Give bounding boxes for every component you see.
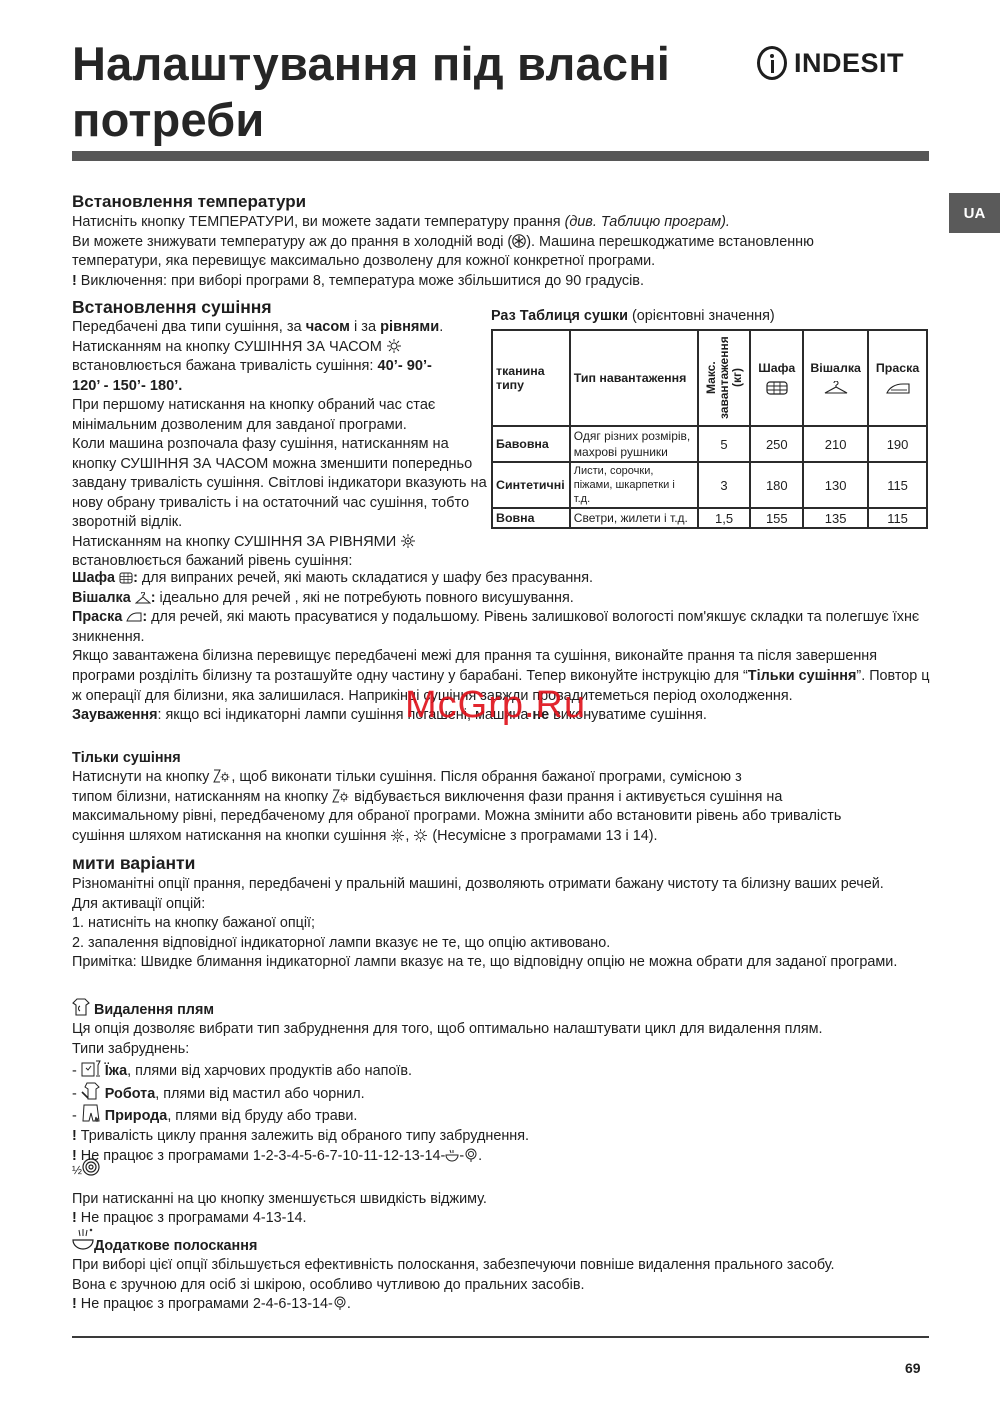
cupboard-icon bbox=[119, 572, 133, 584]
page-number: 69 bbox=[905, 1360, 921, 1376]
header-load-type: Тип навантаження bbox=[570, 330, 698, 426]
wash-options-note: Примітка: Швидке блимання індикаторної л… bbox=[72, 953, 942, 973]
temperature-p2: Ви можете знижувати температуру аж до пр… bbox=[72, 233, 942, 253]
extra-rinse-icon bbox=[72, 1228, 94, 1252]
watermark: McGrp.Ru bbox=[405, 684, 586, 727]
brand-name: INDESIT bbox=[794, 48, 904, 79]
stain-removal-heading: Видалення плям bbox=[72, 998, 942, 1020]
dry-only-icon bbox=[332, 789, 350, 803]
spin-reduction-heading: ½ bbox=[72, 1158, 942, 1181]
food-stain-icon bbox=[81, 1059, 101, 1077]
level-shafa: Шафа : для випраних речей, які мають скл… bbox=[72, 569, 942, 589]
stain-work: - Робота, плями від мастил або чорнил. bbox=[72, 1082, 942, 1105]
dry-only-p4: сушіння шляхом натискання на кнопки суші… bbox=[72, 827, 942, 847]
indesit-logo-icon bbox=[757, 46, 787, 80]
hanger-icon bbox=[135, 592, 151, 604]
iron-icon bbox=[126, 611, 142, 623]
drying-time-icon bbox=[413, 829, 428, 842]
title-line-1: Налаштування під власні bbox=[72, 37, 670, 90]
extra-rinse-heading: Додаткове полоскання bbox=[72, 1228, 942, 1256]
snowflake-icon bbox=[512, 234, 526, 248]
level-praska: Праска : для речей, які мають прасуватис… bbox=[72, 608, 942, 647]
stain-nature: - Природа, плями від бруду або трави. bbox=[72, 1104, 942, 1127]
drying-types: Передбачені два типи сушіння, за часом і… bbox=[72, 318, 492, 338]
wash-options-activation: Для активації опцій: bbox=[72, 895, 942, 915]
drying-heading: Встановлення сушіння bbox=[72, 296, 492, 318]
dry-only-p2: типом білизни, натисканням на кнопку від… bbox=[72, 788, 942, 808]
drying-table: тканина типу Тип навантаження Макс. зава… bbox=[491, 329, 928, 529]
wash-options-section: мити варіанти Різноманітні опції прання,… bbox=[72, 851, 942, 973]
header-shafa: Шафа bbox=[750, 330, 803, 426]
nature-stain-icon bbox=[81, 1104, 101, 1122]
hanger-icon bbox=[824, 381, 848, 395]
header-vishalka: Вішалка bbox=[803, 330, 868, 426]
drying-level-icon bbox=[390, 829, 405, 842]
header-max-load: Макс. завантаження (кг) bbox=[698, 330, 751, 426]
drying-reduce-time: Коли машина розпочала фазу сушіння, нати… bbox=[72, 435, 492, 533]
extra-rinse-section: Додаткове полоскання При виборі цієї опц… bbox=[72, 1228, 942, 1315]
wash-options-step-1: 1. натисніть на кнопку бажаної опції; bbox=[72, 914, 942, 934]
extra-rinse-warning: ! Не працює з програмами 2-4-6-13-14-. bbox=[72, 1295, 942, 1315]
stain-removal-section: Видалення плям Ця опція дозволяє вибрати… bbox=[72, 998, 942, 1166]
drying-first-press: При першому натискання на кнопку обраний… bbox=[72, 396, 492, 435]
drying-level-button: Натисканням на кнопку СУШІННЯ ЗА РІВНЯМИ… bbox=[72, 533, 492, 572]
temperature-p1: Натисніть кнопку ТЕМПЕРАТУРИ, ви можете … bbox=[72, 213, 942, 233]
page-title: Налаштування під власніпотреби bbox=[72, 36, 670, 148]
table-row: Бавовна Одяг різних розмірів, махрові ру… bbox=[492, 426, 927, 462]
stain-food: - Їжа, плями від харчових продуктів або … bbox=[72, 1059, 942, 1082]
stain-types-label: Типи забруднень: bbox=[72, 1040, 942, 1060]
header-praska: Праска bbox=[868, 330, 927, 426]
drying-time-button: Натисканням на кнопку СУШІННЯ ЗА ЧАСОМ в… bbox=[72, 338, 492, 397]
level-vishalka: Вішалка : ідеально для речей , які не по… bbox=[72, 589, 942, 609]
footer-divider bbox=[72, 1336, 929, 1338]
extra-rinse-skin-note: Вона є зручною для осіб зі шкірою, особл… bbox=[72, 1276, 942, 1296]
dry-only-heading: Тільки сушіння bbox=[72, 748, 942, 768]
stain-shirt-icon bbox=[72, 998, 90, 1016]
iron-icon bbox=[885, 381, 911, 395]
spin-icon bbox=[333, 1296, 347, 1310]
header-divider bbox=[72, 151, 929, 161]
extra-rinse-desc: При виборі цієї опції збільшується ефект… bbox=[72, 1256, 942, 1276]
drying-time-icon bbox=[386, 339, 402, 353]
dry-only-icon bbox=[213, 769, 231, 783]
drying-section: Встановлення сушіння Передбачені два тип… bbox=[72, 296, 492, 572]
table-row: Синтетичні Листи, сорочки, піжами, шкарп… bbox=[492, 462, 927, 508]
drying-table-title: Раз Таблиця сушки (орієнтовні значення) bbox=[491, 308, 775, 324]
dry-only-p1: Натиснути на кнопку , щоб виконати тільк… bbox=[72, 768, 942, 788]
temperature-p4: ! Виключення: при виборі програми 8, тем… bbox=[72, 272, 942, 292]
spin-reduction-section: ½ При натисканні на цю кнопку зменшуєтьс… bbox=[72, 1158, 942, 1229]
language-tab: UA bbox=[949, 193, 1000, 233]
table-row: Вовна Светри, жилети і т.д. 1,5 155 135 … bbox=[492, 508, 927, 528]
wash-options-intro: Різноманітні опції прання, передбачені у… bbox=[72, 875, 942, 895]
title-line-2: потреби bbox=[72, 93, 265, 146]
wash-options-heading: мити варіанти bbox=[72, 851, 942, 875]
dry-only-section: Тільки сушіння Натиснути на кнопку , щоб… bbox=[72, 748, 942, 846]
stain-removal-desc: Ця опція дозволяє вибрати тип забрудненн… bbox=[72, 1020, 942, 1040]
cupboard-icon bbox=[766, 381, 788, 395]
spin-icon bbox=[82, 1158, 100, 1176]
indesit-logo: INDESIT bbox=[757, 46, 904, 80]
temperature-section: Встановлення температури Натисніть кнопк… bbox=[72, 191, 942, 291]
stain-warning-duration: ! Тривалість циклу прання залежить від о… bbox=[72, 1127, 942, 1147]
temperature-heading: Встановлення температури bbox=[72, 191, 942, 213]
wash-options-step-2: 2. запалення відповідної індикаторної ла… bbox=[72, 934, 942, 954]
temperature-p3: температури, яка перевищує максимально д… bbox=[72, 252, 942, 272]
spin-reduction-desc: При натисканні на цю кнопку зменшується … bbox=[72, 1190, 942, 1210]
spin-warning: ! Не працює з програмами 4-13-14. bbox=[72, 1209, 942, 1229]
work-stain-icon bbox=[81, 1082, 101, 1100]
dry-only-p3: максимальному рівні, передбаченому для о… bbox=[72, 807, 942, 827]
header-fabric: тканина типу bbox=[492, 330, 570, 426]
drying-level-icon bbox=[400, 534, 416, 548]
table-header-row: тканина типу Тип навантаження Макс. зава… bbox=[492, 330, 927, 426]
